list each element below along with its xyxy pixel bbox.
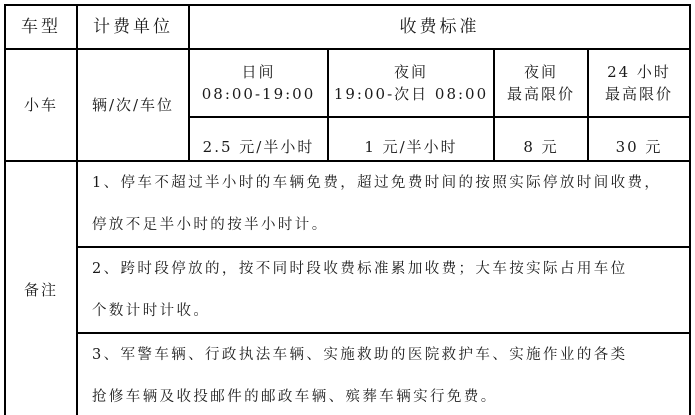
parking-fee-table: 车型 计费单位 收费标准 小车 辆/次/车位 日间 08:00-19:00 夜间… [4,4,691,415]
header-row: 车型 计费单位 收费标准 [5,5,690,49]
remark-2-line-1: 2、跨时段停放的，按不同时段收费标准累加收费；大车按实际占用车位 [92,248,683,290]
remark-item-1: 1、停车不超过半小时的车辆免费，超过免费时间的按照实际停放时间收费， 停放不足半… [77,161,690,247]
remark-row-1: 备注 1、停车不超过半小时的车辆免费，超过免费时间的按照实际停放时间收费， 停放… [5,161,690,247]
rate-night-cap: 8 元 [494,117,588,161]
period-day-cell: 日间 08:00-19:00 [189,49,328,117]
night-cap-sublabel: 最高限价 [495,83,587,105]
remark-1-line-1: 1、停车不超过半小时的车辆免费，超过免费时间的按照实际停放时间收费， [92,162,683,204]
period-night-label: 夜间 [329,61,493,83]
period-day-label: 日间 [190,61,327,83]
daily-cap-label: 24 小时 [589,61,689,83]
rate-day: 2.5 元/半小时 [189,117,328,161]
period-day-hours: 08:00-19:00 [190,83,327,105]
night-cap-label: 夜间 [495,61,587,83]
billing-unit-cell: 辆/次/车位 [77,49,189,161]
remark-item-3: 3、军警车辆、行政执法车辆、实施救助的医院救护车、实施作业的各类 抢修车辆及收投… [77,333,690,415]
remark-row-3: 3、军警车辆、行政执法车辆、实施救助的医院救护车、实施作业的各类 抢修车辆及收投… [5,333,690,415]
remarks-label: 备注 [5,161,77,415]
header-billing-unit: 计费单位 [77,5,189,49]
remark-item-2: 2、跨时段停放的，按不同时段收费标准累加收费；大车按实际占用车位 个数计时计收。 [77,247,690,333]
daily-cap-cell: 24 小时 最高限价 [588,49,690,117]
remark-2-line-2: 个数计时计收。 [92,290,683,332]
table-row-period-labels: 小车 辆/次/车位 日间 08:00-19:00 夜间 19:00-次日 08:… [5,49,690,117]
daily-cap-sublabel: 最高限价 [589,83,689,105]
period-night-cell: 夜间 19:00-次日 08:00 [328,49,494,117]
period-night-hours: 19:00-次日 08:00 [329,83,493,105]
remark-3-line-2: 抢修车辆及收投邮件的邮政车辆、殡葬车辆实行免费。 [92,376,683,415]
remark-1-line-2: 停放不足半小时的按半小时计。 [92,204,683,246]
remark-3-line-1: 3、军警车辆、行政执法车辆、实施救助的医院救护车、实施作业的各类 [92,334,683,376]
header-vehicle-type: 车型 [5,5,77,49]
remark-row-2: 2、跨时段停放的，按不同时段收费标准累加收费；大车按实际占用车位 个数计时计收。 [5,247,690,333]
rate-daily-cap: 30 元 [588,117,690,161]
vehicle-type-cell: 小车 [5,49,77,161]
night-cap-cell: 夜间 最高限价 [494,49,588,117]
header-fee-standard: 收费标准 [189,5,690,49]
rate-night: 1 元/半小时 [328,117,494,161]
